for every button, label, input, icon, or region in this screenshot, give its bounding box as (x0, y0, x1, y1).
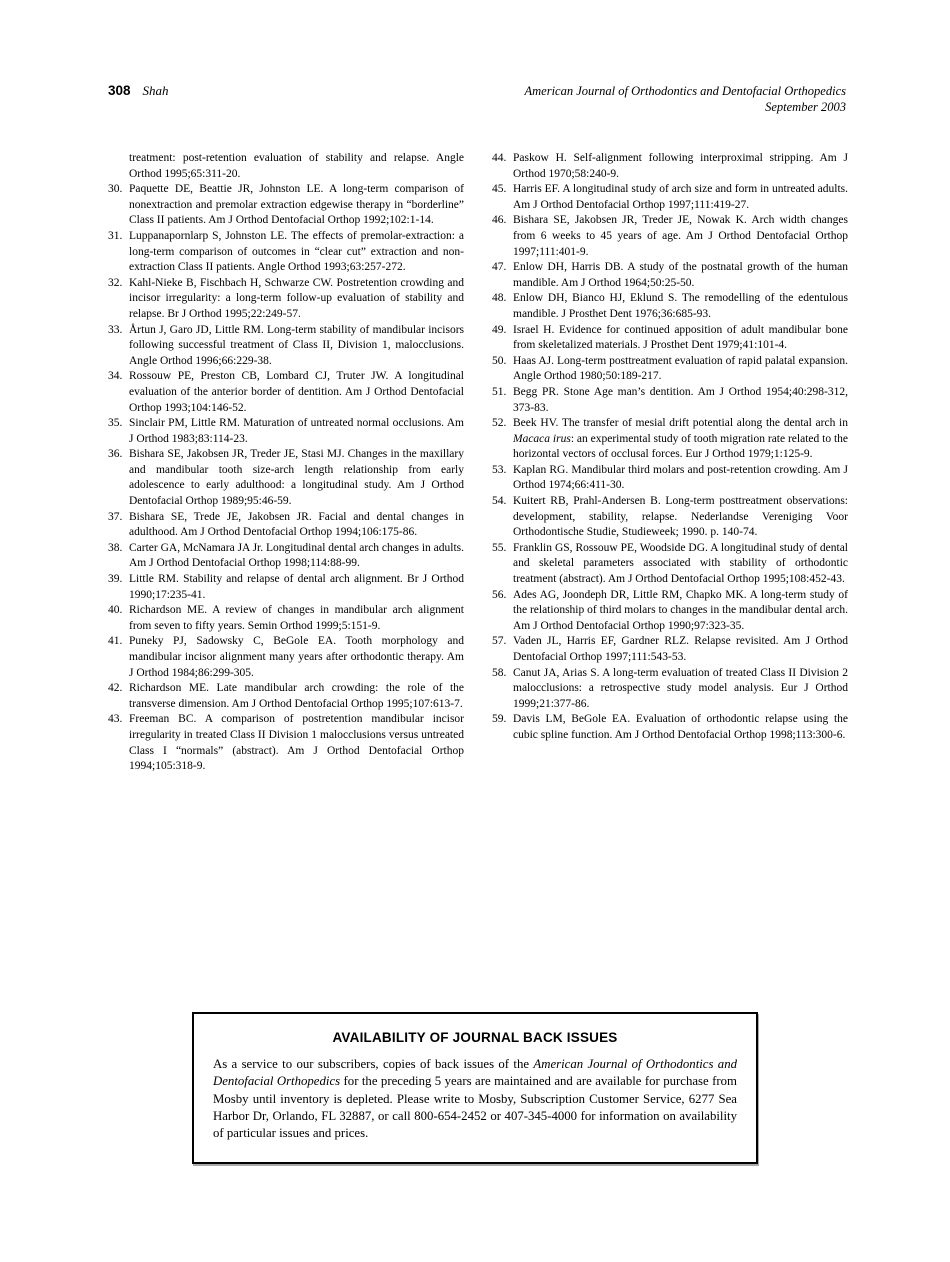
reference-text: Paskow H. Self-alignment following inter… (513, 152, 848, 180)
reference-number: 40. (108, 603, 122, 619)
reference-number: 33. (108, 323, 122, 339)
references-column-right: 44.Paskow H. Self-alignment following in… (492, 151, 848, 775)
reference-item: 53.Kaplan RG. Mandibular third molars an… (492, 463, 848, 494)
running-header-right: American Journal of Orthodontics and Den… (525, 83, 847, 115)
reference-text: Canut JA, Arias S. A long-term evaluatio… (513, 667, 848, 710)
reference-item: 35.Sinclair PM, Little RM. Maturation of… (108, 416, 464, 447)
reference-number: 50. (492, 354, 506, 370)
reference-text: Kuitert RB, Prahl-Andersen B. Long-term … (513, 495, 848, 538)
reference-text: Kahl-Nieke B, Fischbach H, Schwarze CW. … (129, 277, 464, 320)
reference-item: 39.Little RM. Stability and relapse of d… (108, 572, 464, 603)
reference-text: Israel H. Evidence for continued apposit… (513, 324, 848, 352)
reference-item: 36.Bishara SE, Jakobsen JR, Treder JE, S… (108, 447, 464, 509)
reference-text: Årtun J, Garo JD, Little RM. Long-term s… (129, 324, 464, 367)
reference-text: Richardson ME. Late mandibular arch crow… (129, 682, 464, 710)
reference-number: 46. (492, 213, 506, 229)
reference-number: 58. (492, 666, 506, 682)
reference-item: 57.Vaden JL, Harris EF, Gardner RLZ. Rel… (492, 634, 848, 665)
reference-number: 47. (492, 260, 506, 276)
reference-text: Ades AG, Joondeph DR, Little RM, Chapko … (513, 589, 848, 632)
reference-text: Paquette DE, Beattie JR, Johnston LE. A … (129, 183, 464, 226)
reference-text: Enlow DH, Bianco HJ, Eklund S. The remod… (513, 292, 848, 320)
reference-item: 44.Paskow H. Self-alignment following in… (492, 151, 848, 182)
reference-number: 32. (108, 276, 122, 292)
journal-page: 308 Shah American Journal of Orthodontic… (0, 0, 950, 1262)
reference-text: Luppanapornlarp S, Johnston LE. The effe… (129, 230, 464, 273)
reference-number: 52. (492, 416, 506, 432)
reference-item: 41.Puneky PJ, Sadowsky C, BeGole EA. Too… (108, 634, 464, 681)
reference-text: Bishara SE, Trede JE, Jakobsen JR. Facia… (129, 511, 464, 539)
reference-number: 56. (492, 588, 506, 604)
running-header: 308 Shah American Journal of Orthodontic… (108, 83, 846, 115)
reference-text: Kaplan RG. Mandibular third molars and p… (513, 464, 848, 492)
reference-item: 52.Beek HV. The transfer of mesial drift… (492, 416, 848, 463)
reference-number: 31. (108, 229, 122, 245)
reference-text: Beek HV. The transfer of mesial drift po… (513, 417, 848, 460)
reference-text: Harris EF. A longitudinal study of arch … (513, 183, 848, 211)
reference-item: 51.Begg PR. Stone Age man’s dentition. A… (492, 385, 848, 416)
reference-number: 45. (492, 182, 506, 198)
reference-text: Vaden JL, Harris EF, Gardner RLZ. Relaps… (513, 635, 848, 663)
notice-body: As a service to our subscribers, copies … (213, 1056, 737, 1142)
reference-text: treatment: post-retention evaluation of … (129, 152, 464, 180)
reference-number: 38. (108, 541, 122, 557)
reference-text: Carter GA, McNamara JA Jr. Longitudinal … (129, 542, 464, 570)
reference-item: 34.Rossouw PE, Preston CB, Lombard CJ, T… (108, 369, 464, 416)
reference-number: 39. (108, 572, 122, 588)
reference-item: 46.Bishara SE, Jakobsen JR, Treder JE, N… (492, 213, 848, 260)
reference-number: 42. (108, 681, 122, 697)
reference-number: 51. (492, 385, 506, 401)
reference-item: 58.Canut JA, Arias S. A long-term evalua… (492, 666, 848, 713)
reference-number: 35. (108, 416, 122, 432)
reference-item: 56.Ades AG, Joondeph DR, Little RM, Chap… (492, 588, 848, 635)
reference-number: 30. (108, 182, 122, 198)
reference-number: 53. (492, 463, 506, 479)
reference-item: 48.Enlow DH, Bianco HJ, Eklund S. The re… (492, 291, 848, 322)
reference-item: 38.Carter GA, McNamara JA Jr. Longitudin… (108, 541, 464, 572)
reference-text: Haas AJ. Long-term posttreatment evaluat… (513, 355, 848, 383)
reference-number: 49. (492, 323, 506, 339)
reference-number: 44. (492, 151, 506, 167)
reference-text: Little RM. Stability and relapse of dent… (129, 573, 464, 601)
reference-item: 42.Richardson ME. Late mandibular arch c… (108, 681, 464, 712)
reference-number: 34. (108, 369, 122, 385)
reference-number: 55. (492, 541, 506, 557)
issue-date: September 2003 (525, 99, 847, 115)
reference-item: 30.Paquette DE, Beattie JR, Johnston LE.… (108, 182, 464, 229)
notice-title: AVAILABILITY OF JOURNAL BACK ISSUES (213, 1030, 737, 1045)
reference-number: 59. (492, 712, 506, 728)
reference-text: Davis LM, BeGole EA. Evaluation of ortho… (513, 713, 848, 741)
reference-text: Richardson ME. A review of changes in ma… (129, 604, 464, 632)
reference-item: 43.Freeman BC. A comparison of postreten… (108, 712, 464, 774)
reference-text: Rossouw PE, Preston CB, Lombard CJ, Trut… (129, 370, 464, 413)
back-issues-notice-box: AVAILABILITY OF JOURNAL BACK ISSUES As a… (192, 1012, 758, 1164)
reference-number: 43. (108, 712, 122, 728)
reference-number: 36. (108, 447, 122, 463)
reference-number: 41. (108, 634, 122, 650)
reference-item: 45.Harris EF. A longitudinal study of ar… (492, 182, 848, 213)
running-author: Shah (143, 83, 169, 99)
reference-text: Franklin GS, Rossouw PE, Woodside DG. A … (513, 542, 848, 585)
reference-text: Begg PR. Stone Age man’s dentition. Am J… (513, 386, 848, 414)
journal-name: American Journal of Orthodontics and Den… (525, 83, 847, 99)
reference-item: 40.Richardson ME. A review of changes in… (108, 603, 464, 634)
reference-text: Freeman BC. A comparison of postretentio… (129, 713, 464, 772)
reference-item: 50.Haas AJ. Long-term posttreatment eval… (492, 354, 848, 385)
reference-number: 57. (492, 634, 506, 650)
references-section: treatment: post-retention evaluation of … (108, 151, 848, 775)
reference-text: Bishara SE, Jakobsen JR, Treder JE, Nowa… (513, 214, 848, 257)
reference-item: 49.Israel H. Evidence for continued appo… (492, 323, 848, 354)
reference-text: Puneky PJ, Sadowsky C, BeGole EA. Tooth … (129, 635, 464, 678)
reference-item: treatment: post-retention evaluation of … (108, 151, 464, 182)
reference-item: 59.Davis LM, BeGole EA. Evaluation of or… (492, 712, 848, 743)
page-number: 308 (108, 83, 131, 98)
reference-item: 54.Kuitert RB, Prahl-Andersen B. Long-te… (492, 494, 848, 541)
reference-item: 32.Kahl-Nieke B, Fischbach H, Schwarze C… (108, 276, 464, 323)
references-column-left: treatment: post-retention evaluation of … (108, 151, 464, 775)
reference-item: 37.Bishara SE, Trede JE, Jakobsen JR. Fa… (108, 510, 464, 541)
reference-item: 31.Luppanapornlarp S, Johnston LE. The e… (108, 229, 464, 276)
running-header-left: 308 Shah (108, 83, 169, 99)
reference-item: 47.Enlow DH, Harris DB. A study of the p… (492, 260, 848, 291)
reference-number: 37. (108, 510, 122, 526)
reference-number: 48. (492, 291, 506, 307)
reference-number: 54. (492, 494, 506, 510)
reference-text: Enlow DH, Harris DB. A study of the post… (513, 261, 848, 289)
reference-item: 55.Franklin GS, Rossouw PE, Woodside DG.… (492, 541, 848, 588)
reference-text: Bishara SE, Jakobsen JR, Treder JE, Stas… (129, 448, 464, 507)
reference-item: 33.Årtun J, Garo JD, Little RM. Long-ter… (108, 323, 464, 370)
reference-text: Sinclair PM, Little RM. Maturation of un… (129, 417, 464, 445)
